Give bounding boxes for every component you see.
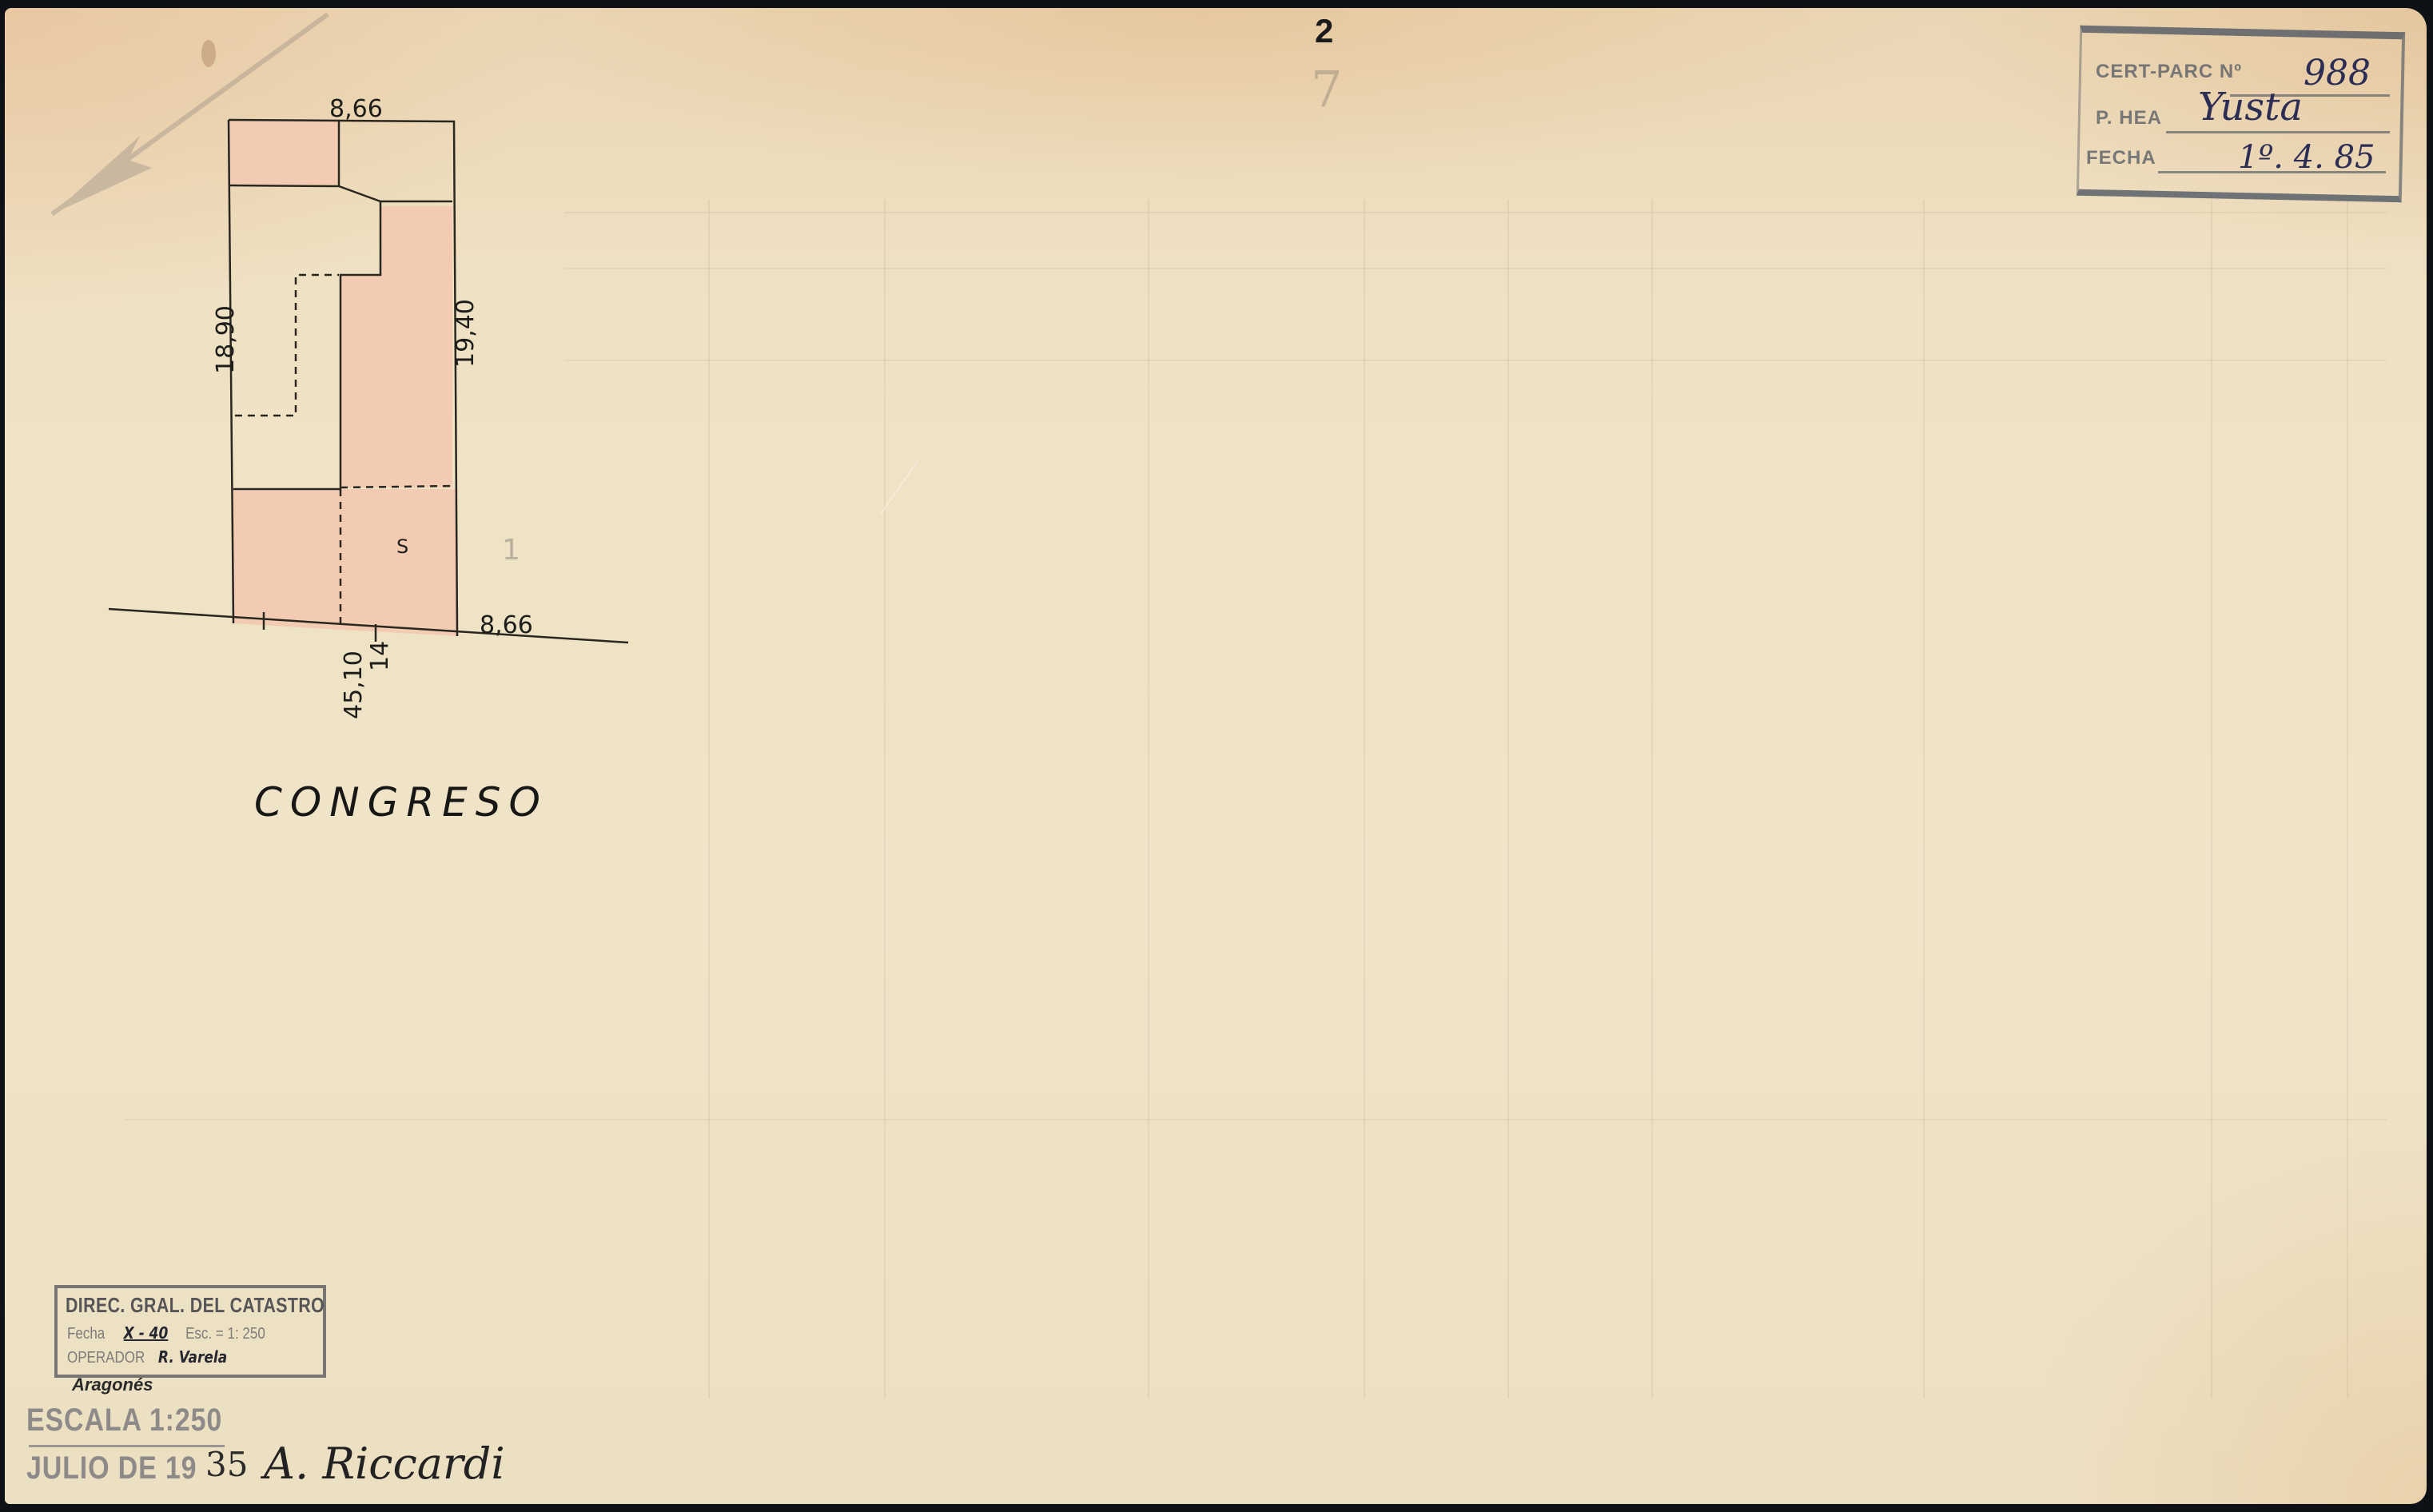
dim-right-depth: 19,40 [452, 299, 480, 368]
stamp-value-fecha: 1º. 4. 85 [2238, 139, 2375, 176]
stamp-value-p: Yusta [2198, 85, 2303, 129]
dim-top-width: 8,66 [329, 95, 383, 123]
dim-left-depth: 18,90 [212, 305, 240, 374]
parcel-mark: S [396, 535, 408, 558]
dim-front-offset-a: 45,10 [340, 651, 368, 719]
scale-label: ESCALA 1:250 [26, 1403, 222, 1438]
fecha-label: Fecha [67, 1325, 105, 1343]
operador-value: R. Varela [158, 1347, 227, 1367]
catastro-stamp: DIREC. GRAL. DEL CATASTRO Fecha X - 40 E… [54, 1285, 326, 1378]
stamp-line [2166, 131, 2390, 133]
stamp-title: DIREC. GRAL. DEL CATASTRO [66, 1293, 325, 1318]
dim-front-offset-b: 14 [366, 641, 394, 671]
dim-front-width: 8,66 [480, 611, 533, 639]
signature: A. Riccardi [264, 1438, 505, 1489]
date-handwritten: 35 [205, 1445, 248, 1484]
escala-label: Esc. = 1: 250 [185, 1325, 265, 1343]
stamp-label-fecha: FECHA [2086, 147, 2156, 169]
parcel-plan: 8,66 18,90 19,40 8,66 45,10 14 S 1 [0, 0, 2433, 1512]
operador-label: OPERADOR [67, 1349, 145, 1367]
stamp-value-cert: 988 [2304, 53, 2371, 94]
stamp-label-cert: CERT-PARC Nº [2096, 61, 2242, 83]
handwritten-note: Aragonés [72, 1375, 153, 1395]
pencil-lot-number: 1 [502, 534, 520, 567]
scale-underline [29, 1445, 225, 1447]
street-name: CONGRESO [254, 779, 548, 826]
date-printed: JULIO DE 19 [26, 1450, 197, 1486]
stamp-label-p: P. HEA [2096, 107, 2162, 129]
certificate-stamp: CERT-PARC Nº 988 P. HEA Yusta FECHA 1º. … [2078, 29, 2404, 189]
fecha-value: X - 40 [124, 1323, 169, 1343]
